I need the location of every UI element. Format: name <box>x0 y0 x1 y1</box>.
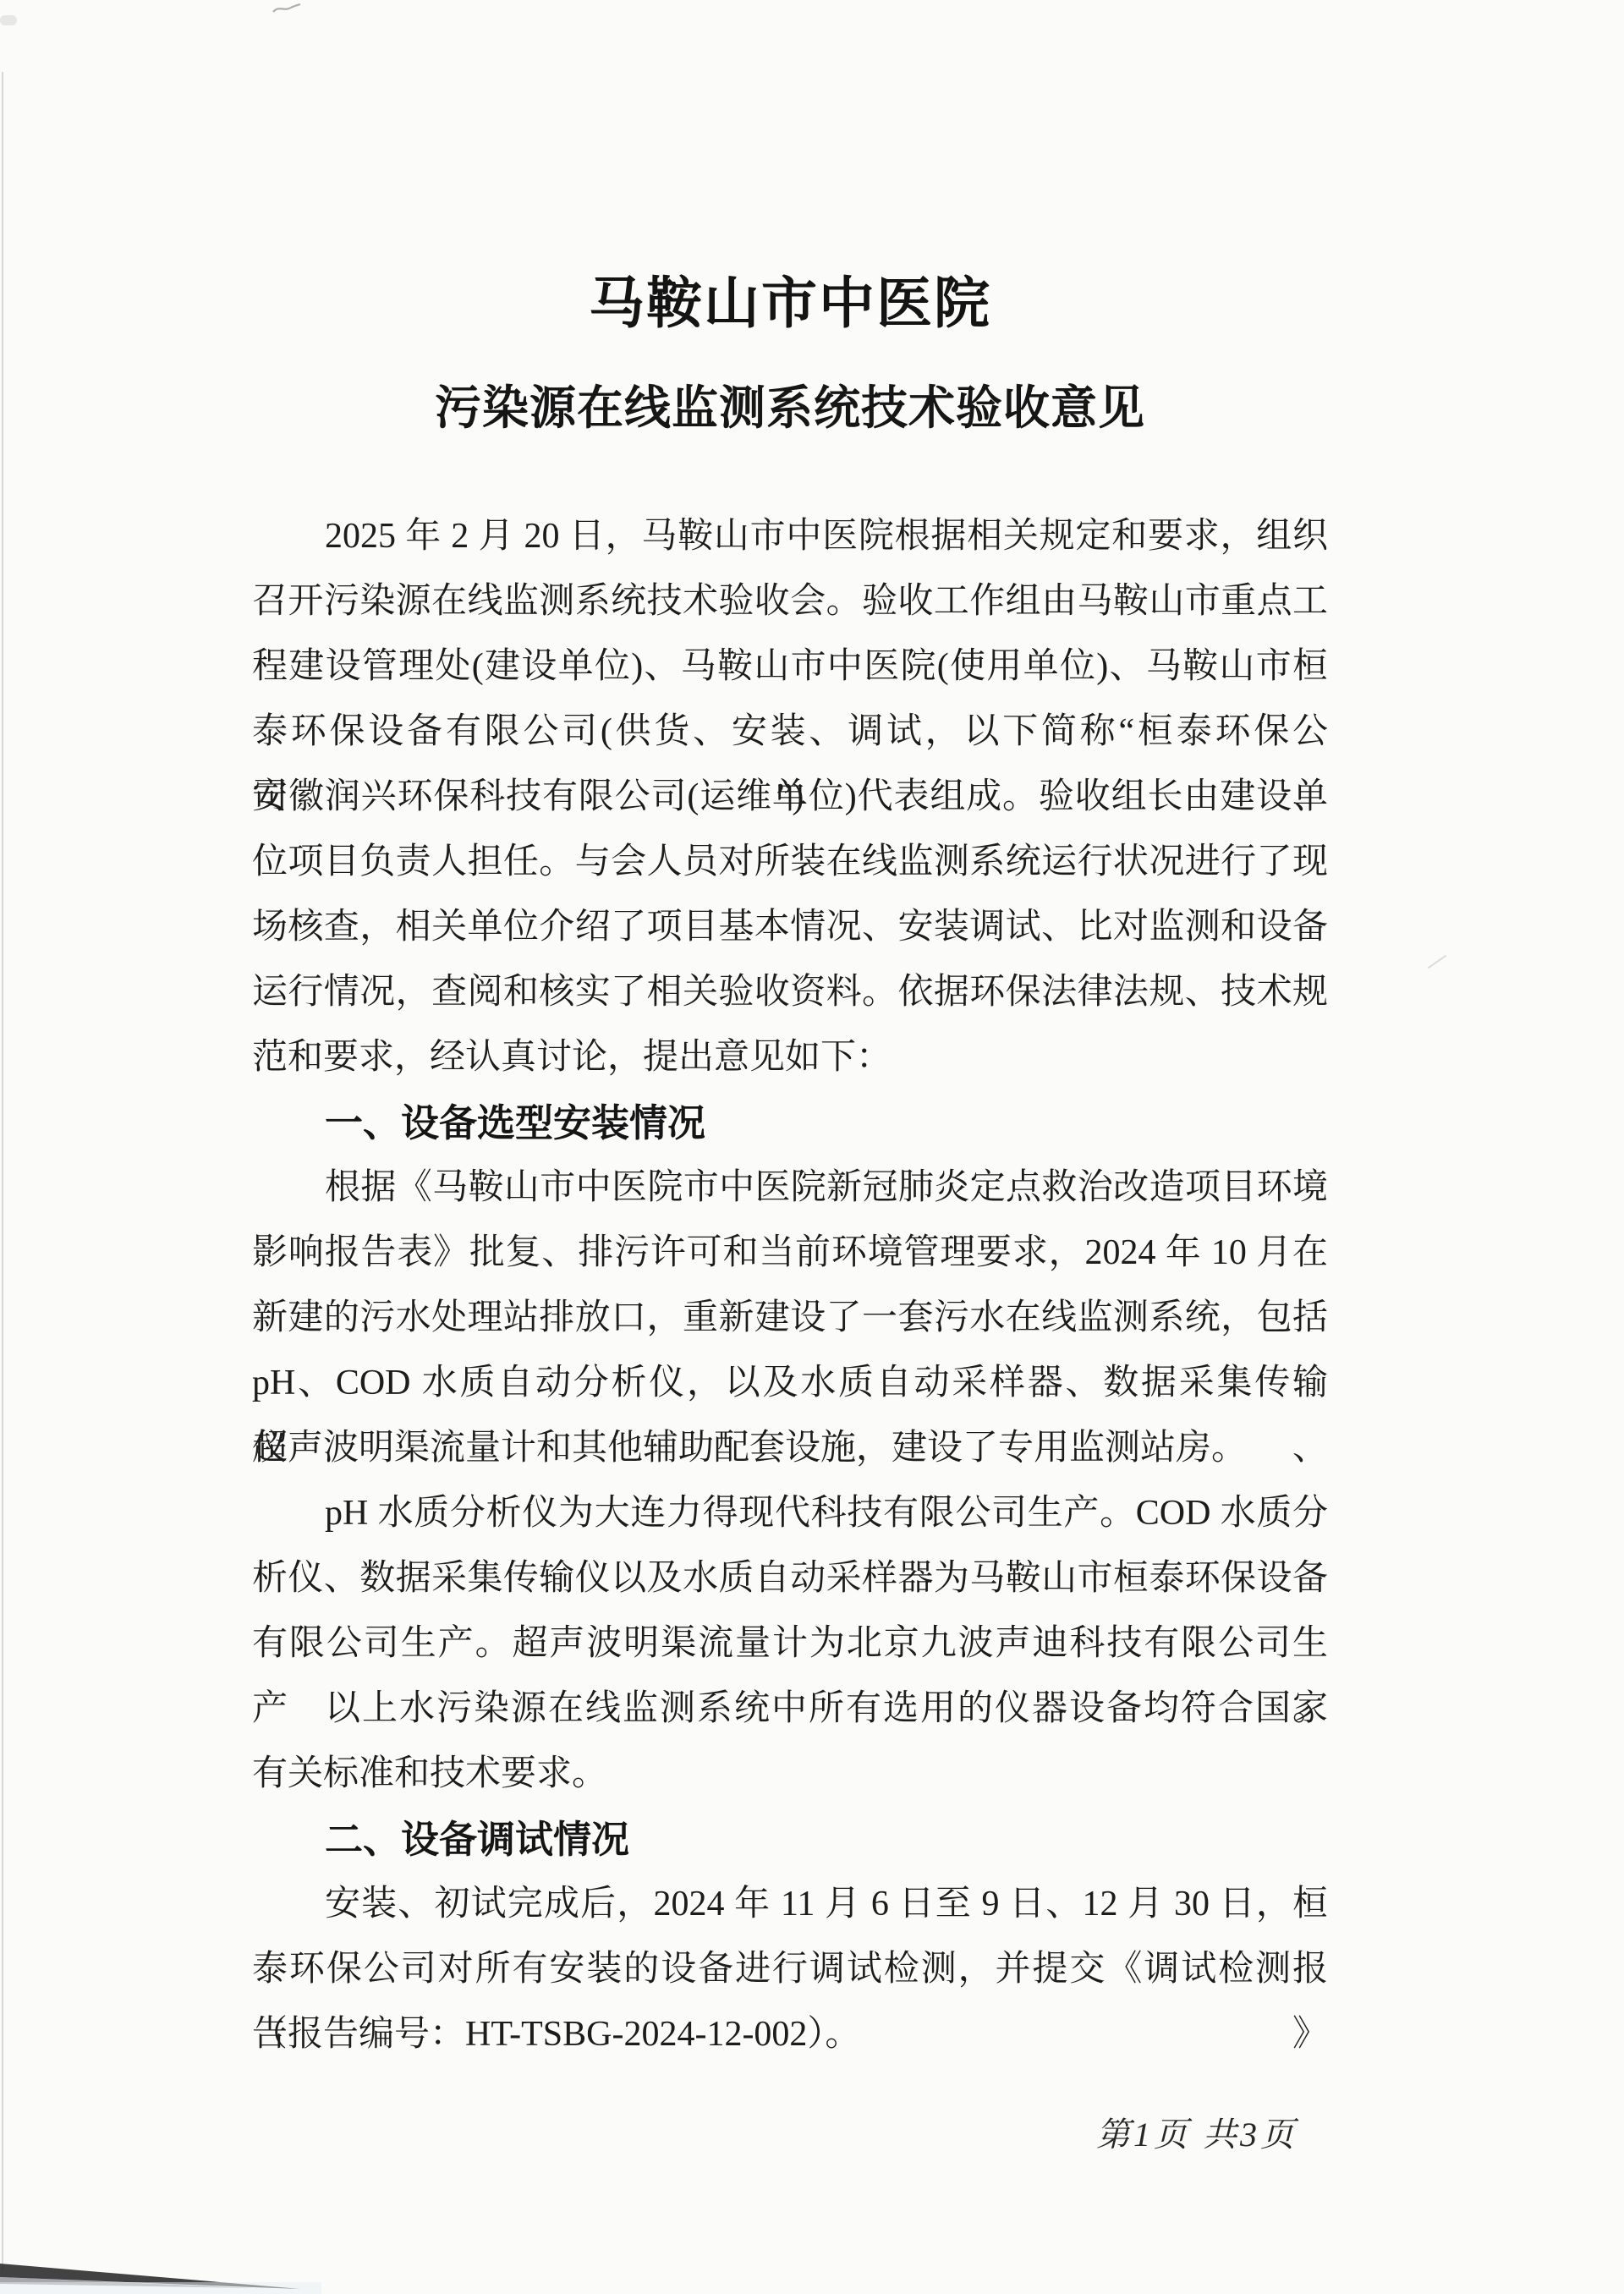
scan-streak-artifact <box>0 2257 321 2294</box>
section-heading: 一、设备选型安装情况 <box>252 1090 1328 1155</box>
document-title: 马鞍山市中医院 <box>252 269 1328 337</box>
scan-tick-artifact <box>1428 955 1446 969</box>
scan-smudge-artifact <box>0 15 17 25</box>
text-line: 以上水污染源在线监测系统中所有选用的仪器设备均符合国家 <box>252 1677 1328 1742</box>
text-line: 场核查，相关单位介绍了项目基本情况、安装调试、比对监测和设备 <box>252 895 1328 960</box>
text-line: 安徽润兴环保科技有限公司(运维单位)代表组成。验收组长由建设单 <box>252 765 1328 830</box>
scanned-document-page: 马鞍山市中医院 污染源在线监测系统技术验收意见 2025 年 2 月 20 日，… <box>0 0 1624 2294</box>
text-line: 运行情况，查阅和核实了相关验收资料。依据环保法律法规、技术规 <box>252 960 1328 1025</box>
document-subtitle: 污染源在线监测系统技术验收意见 <box>210 379 1370 436</box>
text-line: 召开污染源在线监测系统技术验收会。验收工作组由马鞍山市重点工 <box>252 569 1328 634</box>
text-line: 泰环保公司对所有安装的设备进行调试检测，并提交《调试检测报告》 <box>252 1937 1328 2002</box>
text-line: 析仪、数据采集传输仪以及水质自动采样器为马鞍山市桓泰环保设备 <box>252 1546 1328 1611</box>
text-line: 范和要求，经认真讨论，提出意见如下： <box>252 1025 1328 1090</box>
text-line: 新建的污水处理站排放口，重新建设了一套污水在线监测系统，包括 <box>252 1286 1328 1351</box>
text-line: 程建设管理处(建设单位)、马鞍山市中医院(使用单位)、马鞍山市桓 <box>252 634 1328 700</box>
text-line: pH 水质分析仪为大连力得现代科技有限公司生产。COD 水质分 <box>252 1481 1328 1546</box>
text-line: 根据《马鞍山市中医院市中医院新冠肺炎定点救治改造项目环境 <box>252 1155 1328 1221</box>
text-line: 安装、初试完成后，2024 年 11 月 6 日至 9 日、12 月 30 日，… <box>252 1872 1328 1937</box>
text-line: 影响报告表》批复、排污许可和当前环境管理要求，2024 年 10 月在 <box>252 1221 1328 1286</box>
text-line: 位项目负责人担任。与会人员对所装在线监测系统运行状况进行了现 <box>252 830 1328 895</box>
text-line: pH、COD 水质自动分析仪，以及水质自动采样器、数据采集传输仪、 <box>252 1351 1328 1416</box>
section-heading: 二、设备调试情况 <box>252 1807 1328 1872</box>
scan-edge-line-artifact <box>2 72 3 2271</box>
text-line: 有限公司生产。超声波明渠流量计为北京九波声迪科技有限公司生产。 <box>252 1611 1328 1677</box>
text-line: 2025 年 2 月 20 日，马鞍山市中医院根据相关规定和要求，组织 <box>252 504 1328 569</box>
page-number-footer: 第1页 共3页 <box>1096 2108 1298 2156</box>
text-line: 超声波明渠流量计和其他辅助配套设施，建设了专用监测站房。 <box>252 1416 1328 1481</box>
text-line: 泰环保设备有限公司(供货、安装、调试，以下简称“桓泰环保公司”)、 <box>252 700 1328 765</box>
text-line: 有关标准和技术要求。 <box>252 1742 1328 1807</box>
document-body: 2025 年 2 月 20 日，马鞍山市中医院根据相关规定和要求，组织召开污染源… <box>252 504 1328 2067</box>
scan-squiggle-artifact <box>272 3 301 14</box>
